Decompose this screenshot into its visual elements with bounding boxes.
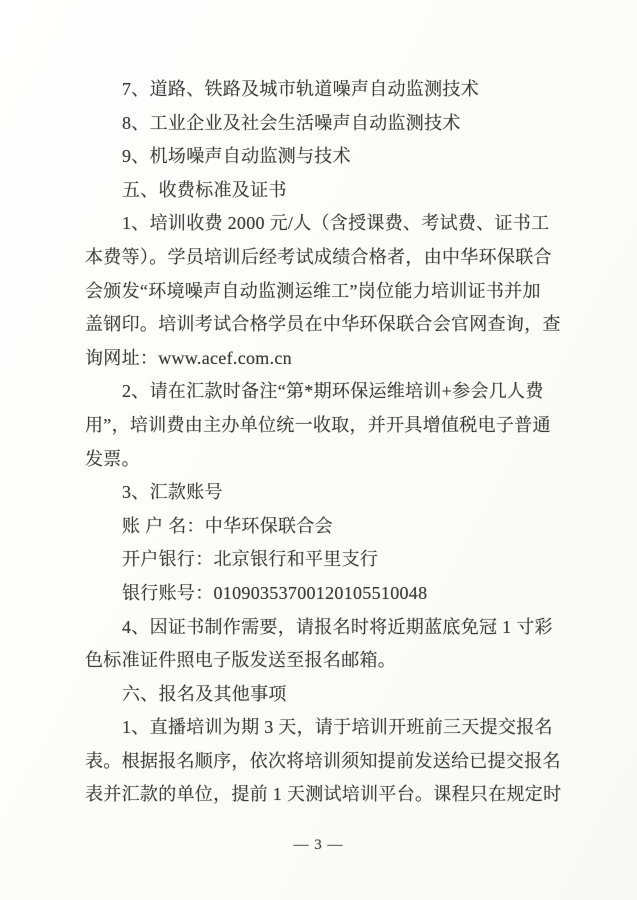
list-item-8: 8、工业企业及社会生活噪声自动监测技术 [85,107,563,141]
section-heading-fees: 五、收费标准及证书 [85,174,563,208]
bank-account-name: 账 户 名：中华环保联合会 [85,510,563,544]
registration-paragraph-line-1: 1、直播培训为期 3 天，请于培训开班前三天提交报名 [85,711,563,745]
fee-paragraph-line-2: 本费等）。学员培训后经考试成绩合格者，由中华环保联合 [85,241,563,275]
fee-paragraph-line-1: 1、培训收费 2000 元/人（含授课费、考试费、证书工 [85,207,563,241]
document-body: 7、道路、铁路及城市轨道噪声自动监测技术 8、工业企业及社会生活噪声自动监测技术… [85,73,563,812]
remittance-note-line-3: 发票。 [85,443,563,477]
bank-branch-name: 开户银行：北京银行和平里支行 [85,543,563,577]
photo-requirement-line-1: 4、因证书制作需要，请报名时将近期蓝底免冠 1 寸彩 [85,611,563,645]
fee-paragraph-line-4: 盖钢印。培训考试合格学员在中华环保联合会官网查询，查 [85,308,563,342]
fee-paragraph-line-3: 会颁发“环境噪声自动监测运维工”岗位能力培训证书并加 [85,275,563,309]
fee-paragraph-line-5-url: 询网址：www.acef.com.cn [85,342,563,376]
remittance-account-heading: 3、汇款账号 [85,476,563,510]
remittance-note-line-2: 用”，培训费由主办单位统一收取，并开具增值税电子普通 [85,409,563,443]
photo-requirement-line-2: 色标准证件照电子版发送至报名邮箱。 [85,644,563,678]
remittance-note-line-1: 2、请在汇款时备注“第*期环保运维培训+参会几人费 [85,375,563,409]
section-heading-registration: 六、报名及其他事项 [85,678,563,712]
registration-paragraph-line-2: 表。根据报名顺序，依次将培训须知提前发送给已提交报名 [85,745,563,779]
page-number: — 3 — [0,835,637,855]
registration-paragraph-line-3: 表并汇款的单位，提前 1 天测试培训平台。课程只在规定时 [85,778,563,812]
list-item-9: 9、机场噪声自动监测与技术 [85,140,563,174]
document-page: 7、道路、铁路及城市轨道噪声自动监测技术 8、工业企业及社会生活噪声自动监测技术… [0,0,637,900]
list-item-7: 7、道路、铁路及城市轨道噪声自动监测技术 [85,73,563,107]
bank-account-number: 银行账号：01090353700120105510048 [85,577,563,611]
